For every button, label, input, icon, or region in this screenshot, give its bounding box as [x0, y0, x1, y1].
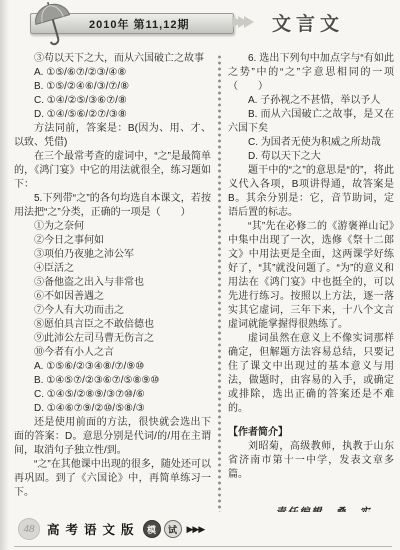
option-line: A. ①⑤/⑥⑦/②③/④⑧ [14, 66, 211, 80]
option-line: C. ①④/②⑤/③⑥⑦/⑧ [14, 94, 211, 108]
option-line: A. 子孙视之不甚惜，举以予人 [228, 94, 394, 108]
text-line: 题干中的“之”的意思是“的”，将此义代入各项，B项讲得通，故答案是B。其余分别是… [228, 164, 394, 220]
text-line: “其”先在必修二的《游褒禅山记》中集中出现了一次，选修《祭十二郎文》中用法更是全… [228, 220, 394, 332]
badge-shi: 试 [164, 520, 182, 538]
option-line: D. ①④⑥⑦⑨/②⑩/⑤⑧/③ [14, 402, 211, 416]
magazine-page: 2010年 第11,12期 文言文 ③苟以天下之大，而从六国破亡之故事A. ①⑤… [0, 0, 400, 550]
option-line: C. ①④⑤/②⑧⑨/③⑦⑩/⑥ [14, 388, 211, 402]
issue-label: 2010年 第11,12期 [89, 16, 189, 32]
item-line: ⑤备他盗之出入与非常也 [14, 276, 211, 290]
left-column: ③苟以天下之大，而从六国破亡之故事A. ①⑤/⑥⑦/②③/④⑧B. ①⑤/②④⑥… [14, 52, 211, 512]
item-line: ①为之奈何 [14, 220, 211, 234]
magazine-title: 高考语文版 [47, 520, 140, 538]
text-line: ③苟以天下之大，而从六国破亡之故事 [14, 52, 211, 66]
page-header: 2010年 第11,12期 文言文 [0, 0, 400, 50]
option-line: C. 为国者无使为积威之所劫哉 [228, 136, 394, 150]
author-bio-heading: 【作者简介】 [228, 426, 394, 440]
text-line: 虚词虽然在意义上不像实词那样确定，但解题方法容易总结，只要记住了课文中出现过的基… [228, 332, 394, 416]
item-line: ⑧愿伯具言臣之不敢倍德也 [14, 318, 211, 332]
triple-arrow-icon: ▶▶▶ [187, 524, 205, 535]
option-line: B. ①④⑤⑦/②③⑥⑦/⑤⑧⑨⑩ [14, 374, 211, 388]
section-title: 文言文 [272, 9, 344, 36]
item-line: ⑨此沛公左司马曹无伤言之 [14, 332, 211, 346]
text-line: 还是使用前面的方法，很快就会选出下面的答案：D。意思分别是代词/的/用在主谓间，… [14, 416, 211, 458]
article-body: ③苟以天下之大，而从六国破亡之故事A. ①⑤/⑥⑦/②③/④⑧B. ①⑤/②④⑥… [14, 52, 394, 512]
page-footer: 48 高考语文版 模 试 ▶▶▶ [18, 516, 204, 542]
page-number: 48 [18, 518, 40, 540]
option-line: D. 苟以天下之大 [228, 150, 394, 164]
badge-mo: 模 [143, 520, 161, 538]
column-divider-ornament [216, 54, 223, 512]
question-6: 6. 选出下列句中加点字与“有如此之势”中的“之”字意思相同的一项（ ） [228, 52, 394, 94]
option-line: A. ①⑤⑥/②③④⑧/⑦/⑨⑩ [14, 360, 211, 374]
item-line: ②今日之事何如 [14, 234, 211, 248]
item-line: ③项伯乃夜驰之沛公军 [14, 248, 211, 262]
editor-credit: 责任编辑 桑 实 [228, 506, 394, 512]
text-line: “之”在其他课中出现的很多，随处还可以再巩固。到了《六国论》中，再简单练习一下。 [14, 458, 211, 500]
question-5: 5.下列带“之”的各句均选自本课文，若按用法把“之”分类，正确的一项是（ ） [14, 192, 211, 220]
author-bio: 刘昭菊，高级教师，执教于山东省济南市第十一中学，发表文章多篇。 [228, 440, 394, 482]
umbrella-icon [27, 0, 80, 58]
item-line: ⑦今人有大功而击之 [14, 304, 211, 318]
option-line: B. 而从六国破亡之故事，是又在六国下矣 [228, 108, 394, 136]
option-line: B. ①⑤/②④⑥/③/⑦/⑧ [14, 80, 211, 94]
item-line: ④臣活之 [14, 262, 211, 276]
item-line: ⑥不如因善遇之 [14, 290, 211, 304]
text-line: 方法同前，答案是：B(因为、用、才、以致、凭借) [14, 122, 211, 150]
option-line: D. ①④/⑤⑥/②⑦/③⑧ [14, 108, 211, 122]
item-line: ⑩今者有小人之言 [14, 346, 211, 360]
right-column: 6. 选出下列句中加点字与“有如此之势”中的“之”字意思相同的一项（ ）A. 子… [228, 52, 394, 512]
text-line: 在三个最常考查的虚词中，“之”是最简单的，《鸿门宴》中它的用法就很全，练习题如下… [14, 150, 211, 192]
chevrons-icon [236, 16, 254, 28]
